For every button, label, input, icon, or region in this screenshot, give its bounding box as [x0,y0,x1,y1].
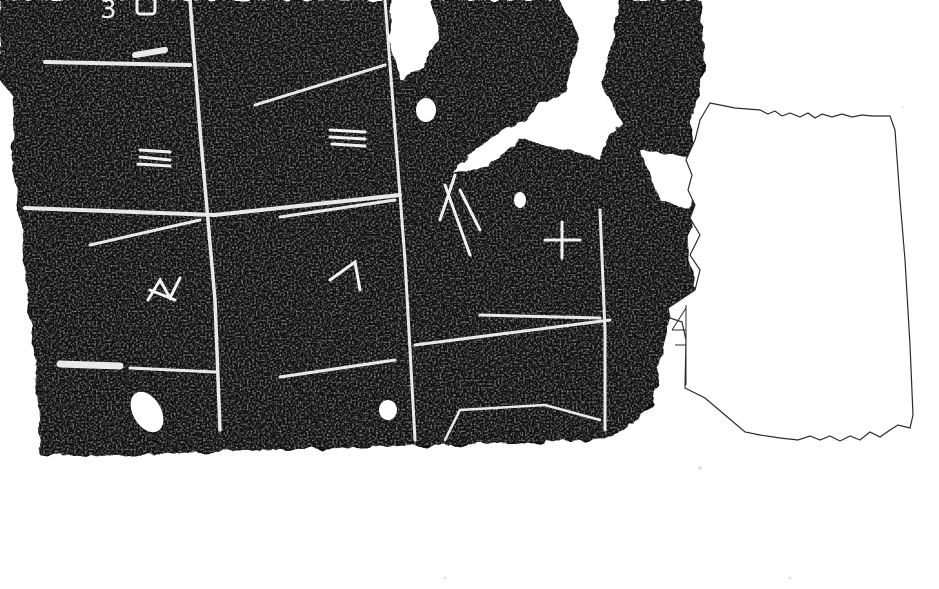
rubbing-figure: 3 [0,0,939,589]
svg-text:3: 3 [100,0,117,25]
inscribed-tablet-rubbing: 3 [0,0,710,460]
adjoining-fragment-outline [668,103,913,441]
